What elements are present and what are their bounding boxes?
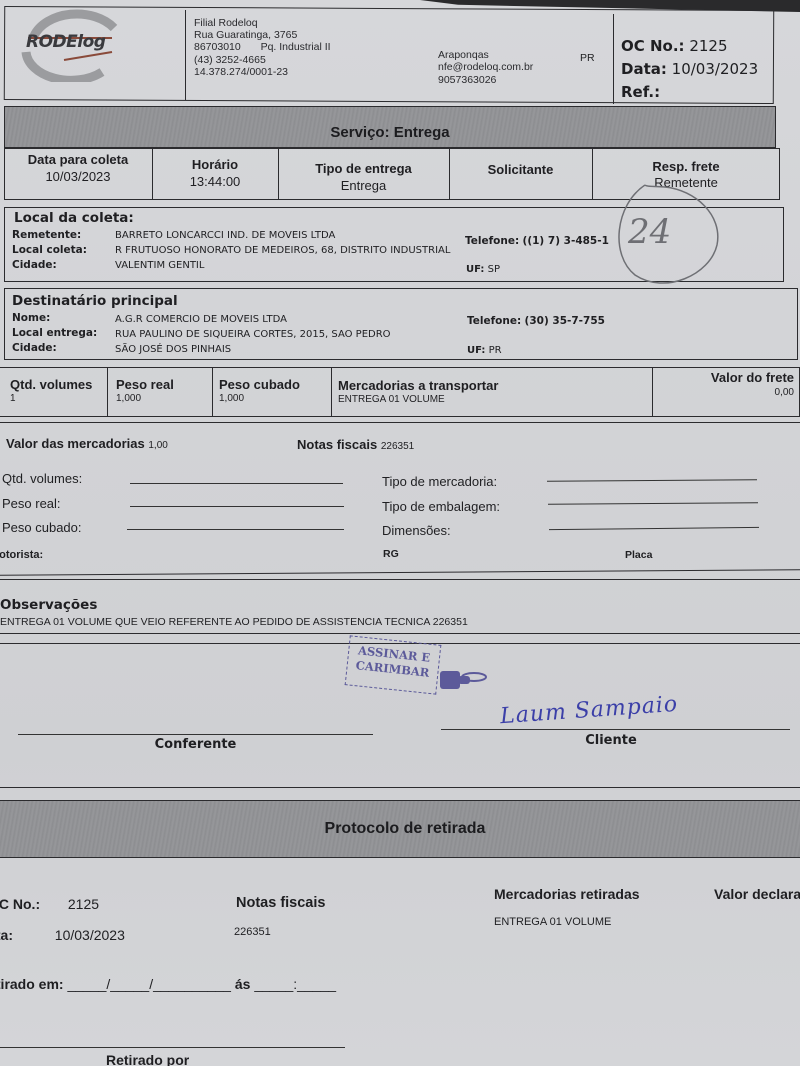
withdrawal-invoices-value: 226351 [234, 926, 271, 938]
recipient-location-label: Local entrega: [12, 326, 97, 341]
check-fields-left: Qtd. volumes: Peso real: Peso cubado: [2, 467, 82, 541]
service-col-requester: Solicitante [449, 162, 592, 177]
recipient-uf-value: PR [489, 345, 502, 356]
check-packaging-field[interactable] [548, 502, 758, 504]
sign-stamp: ASSINAR E CARIMBAR [345, 635, 442, 694]
check-real-weight-label: Peso real: [2, 492, 82, 517]
service-col-pickup-date: Data para coleta 10/03/2023 [5, 152, 151, 184]
pickup-labels: Remetente: Local coleta: Cidade: [12, 228, 87, 273]
cargo-col-goods: Mercadorias a transportar ENTREGA 01 VOL… [338, 378, 498, 405]
pickup-date-value: 10/03/2023 [5, 169, 151, 184]
withdrawn-on-row: Retirado em: _____/_____/__________ ás _… [0, 976, 336, 992]
checker-label: Conferente [18, 737, 373, 752]
check-real-weight-field[interactable] [130, 506, 344, 507]
pickup-values: BARRETO LONCARCCI IND. DE MOVEIS LTDA R … [115, 228, 450, 273]
cubic-weight-value: 1,000 [219, 393, 300, 404]
withdrawal-title: Protocolo de retirada [0, 820, 800, 838]
handwritten-note: 24 [628, 212, 671, 252]
recipient-name-label: Nome: [12, 311, 97, 326]
header-divider-2 [613, 14, 614, 104]
freight-value-value: 0,00 [660, 387, 794, 398]
pickup-location-value: R FRUTUOSO HONORATO DE MEDEIROS, 68, DIS… [115, 243, 450, 258]
cargo-col-divider [212, 368, 213, 416]
withdrawal-oc-label: OC No.: [0, 896, 40, 912]
pickup-uf-value: SP [488, 264, 500, 275]
signature-bottom-line [0, 787, 800, 788]
goods-value-row: Valor das mercadorias 1,00 [6, 436, 168, 451]
cargo-col-real-weight: Peso real 1,000 [116, 377, 174, 404]
invoices-value: 226351 [381, 441, 414, 452]
service-col-delivery-type: Tipo de entrega Entrega [278, 161, 449, 193]
check-cubic-weight-field[interactable] [127, 529, 344, 530]
company-name: Filial Rodeloq [194, 17, 331, 29]
recipient-title: Destinatário principal [12, 293, 178, 309]
sender-value: BARRETO LONCARCCI IND. DE MOVEIS LTDA [115, 228, 450, 243]
logo-text: RODElog [26, 32, 105, 52]
goods-value: ENTREGA 01 VOLUME [338, 394, 498, 405]
freight-resp-label: Resp. frete [592, 159, 780, 174]
goods-value-label: Valor das mercadorias [6, 436, 145, 451]
company-ie: 9057363026 [438, 74, 533, 86]
real-weight-value: 1,000 [116, 393, 174, 404]
withdrawal-declared-label: Valor declarado [714, 886, 800, 902]
withdrawal-invoices-label: Notas fiscais [236, 895, 325, 911]
cargo-col-divider [652, 368, 653, 416]
company-logo: RODElog [14, 6, 124, 82]
ref-label: Ref.: [621, 83, 660, 101]
cargo-col-freight-value: Valor do frete 0,00 [660, 370, 794, 398]
company-cnpj: 14.378.274/0001-23 [194, 66, 331, 78]
recipient-labels: Nome: Local entrega: Cidade: [12, 311, 97, 356]
driver-row-bottom-line [0, 569, 800, 576]
client-signature-line[interactable] [441, 729, 790, 730]
cargo-col-cubic-weight: Peso cubado 1,000 [219, 377, 300, 404]
volumes-label: Qtd. volumes [10, 377, 106, 392]
withdrawn-at-label: ás [235, 976, 251, 992]
oc-value: 2125 [689, 37, 727, 55]
withdrawn-time-field[interactable]: _____:_____ [254, 976, 336, 992]
delivery-type-label: Tipo de entrega [278, 161, 449, 176]
pickup-city-value: VALENTIM GENTIL [115, 258, 450, 273]
oc-number-row: OC No.: 2125 [621, 35, 758, 58]
goods-value-amount: 1,00 [148, 440, 167, 451]
cubic-weight-label: Peso cubado [219, 377, 300, 392]
recipient-phone: Telefone: (30) 35-7-755 [467, 315, 605, 327]
check-dimensions-field[interactable] [549, 527, 759, 530]
goods-row-top-line [0, 422, 800, 423]
observations-top-line [0, 579, 800, 580]
service-col-time: Horário 13:44:00 [152, 157, 278, 189]
invoices-label: Notas fiscais [297, 437, 377, 452]
date-value: 10/03/2023 [672, 60, 758, 78]
observations-title: Observações [0, 597, 97, 613]
recipient-phone-label: Telefone: [467, 315, 521, 327]
pickup-phone-label: Telefone: [465, 235, 519, 247]
plate-label: Placa [625, 549, 652, 561]
date-label: Data: [621, 60, 667, 78]
requester-label: Solicitante [449, 162, 592, 177]
recipient-values: A.G.R COMERCIO DE MOVEIS LTDA RUA PAULIN… [115, 312, 391, 357]
ref-row: Ref.: [621, 81, 758, 104]
check-fields-right: Tipo de mercadoria: Tipo de embalagem: D… [382, 470, 500, 544]
freight-value-label: Valor do frete [660, 370, 794, 385]
company-info: Filial Rodeloq Rua Guaratinga, 3765 8670… [194, 17, 331, 78]
checker-signature-line[interactable] [18, 734, 373, 735]
recipient-uf: UF: PR [467, 345, 502, 356]
recipient-phone-value: (30) 35-7-755 [525, 315, 605, 327]
company-cep: 86703010 [194, 41, 241, 53]
company-email: nfe@rodeloq.com.br [438, 61, 533, 73]
client-signature: Laum Sampaio [499, 692, 679, 729]
observations-text: ENTREGA 01 VOLUME QUE VEIO REFERENTE AO … [0, 616, 468, 628]
sender-label: Remetente: [12, 228, 87, 243]
real-weight-label: Peso real [116, 377, 174, 392]
header-divider-1 [185, 10, 186, 100]
recipient-city-value: SÃO JOSÉ DOS PINHAIS [115, 342, 391, 357]
recipient-uf-label: UF: [467, 345, 485, 356]
pickup-phone-value: ((1) 7) 3-485-1 [523, 235, 609, 247]
pickup-date-label: Data para coleta [5, 152, 151, 167]
withdrawal-date-value: 10/03/2023 [55, 927, 125, 943]
pickup-city-label: Cidade: [12, 258, 87, 273]
cargo-col-divider [331, 368, 332, 416]
withdrawal-oc-row: OC No.: 2125 [0, 896, 99, 912]
company-state: PR [580, 52, 595, 64]
check-volumes-field[interactable] [130, 483, 343, 484]
cargo-col-volumes: Qtd. volumes 1 [10, 377, 106, 404]
volumes-value: 1 [10, 393, 106, 404]
pickup-uf-label: UF: [466, 264, 484, 275]
withdrawn-on-label: Retirado em: [0, 976, 64, 992]
withdrawn-by-label: Retirado por [106, 1052, 189, 1066]
company-city: Araponqas [438, 49, 533, 61]
recipient-name-value: A.G.R COMERCIO DE MOVEIS LTDA [115, 312, 391, 327]
company-street: Rua Guaratinga, 3765 [194, 29, 331, 41]
withdrawal-date-label: Data: [0, 927, 13, 943]
check-dimensions-label: Dimensões: [382, 519, 500, 544]
time-value: 13:44:00 [152, 174, 278, 189]
pickup-uf: UF: SP [466, 264, 500, 275]
observations-bottom-line [0, 633, 800, 634]
withdrawal-date-row: Data: 10/03/2023 [0, 927, 125, 943]
pointing-hand-icon [438, 668, 488, 692]
company-phone: (43) 3252-4665 [194, 54, 331, 66]
goods-label: Mercadorias a transportar [338, 378, 498, 393]
driver-label: Motorista: [0, 549, 43, 561]
pickup-phone: Telefone: ((1) 7) 3-485-1 [465, 235, 609, 247]
rg-label: RG [383, 548, 399, 560]
pickup-title: Local da coleta: [14, 210, 134, 226]
oc-label: OC No.: [621, 37, 685, 55]
withdrawal-goods-label: Mercadorias retiradas [494, 886, 640, 902]
check-volumes-label: Qtd. volumes: [2, 467, 82, 492]
service-title: Serviço: Entrega [4, 124, 776, 141]
time-label: Horário [152, 157, 278, 172]
cargo-col-divider [107, 368, 108, 416]
withdrawn-by-signature-line[interactable] [0, 1047, 345, 1048]
check-goods-type-field[interactable] [547, 479, 757, 481]
company-city-block: Araponqas nfe@rodeloq.com.br 9057363026 [438, 49, 533, 86]
company-cep-district: 86703010 Pq. Industrial II [194, 41, 331, 53]
client-label: Cliente [441, 733, 781, 748]
order-info: OC No.: 2125 Data: 10/03/2023 Ref.: [621, 35, 758, 104]
withdrawal-goods-value: ENTREGA 01 VOLUME [494, 916, 611, 928]
withdrawn-on-date-field[interactable]: _____/_____/__________ [67, 976, 231, 992]
company-district: Pq. Industrial II [261, 41, 331, 53]
withdrawal-oc-value: 2125 [68, 896, 99, 912]
check-goods-type-label: Tipo de mercadoria: [382, 470, 500, 495]
check-cubic-weight-label: Peso cubado: [2, 516, 82, 541]
recipient-location-value: RUA PAULINO DE SIQUEIRA CORTES, 2015, SA… [115, 327, 391, 342]
date-row: Data: 10/03/2023 [621, 58, 758, 81]
check-packaging-label: Tipo de embalagem: [382, 495, 500, 520]
document-page: RODElog Filial Rodeloq Rua Guaratinga, 3… [0, 0, 800, 1066]
delivery-type-value: Entrega [278, 178, 449, 193]
recipient-city-label: Cidade: [12, 341, 97, 356]
invoices-row: Notas fiscais 226351 [297, 437, 414, 452]
pickup-location-label: Local coleta: [12, 243, 87, 258]
